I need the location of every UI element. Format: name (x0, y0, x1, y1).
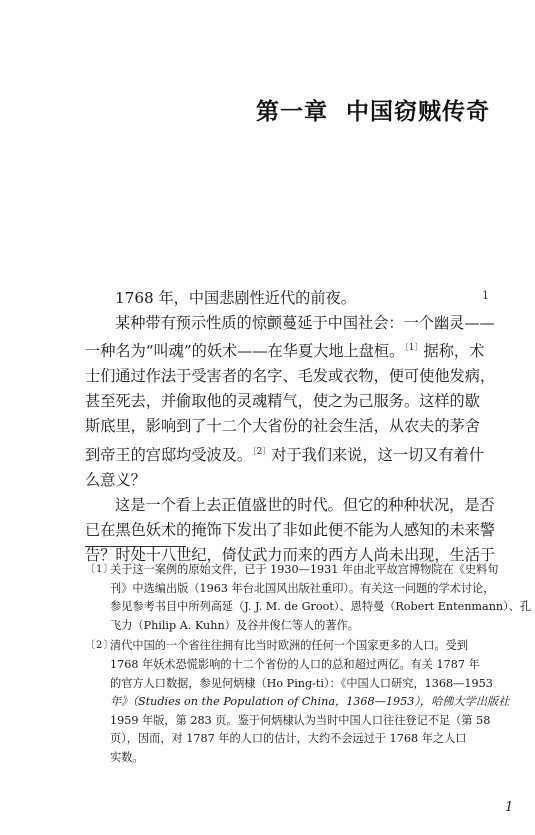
text-line: 到帝王的宫邸均受波及。〔2〕对于我们来说，这一切又有着什 (85, 440, 501, 468)
footnote-line: 清代中国的一个省往往拥有比当时欧洲的任何一个国家更多的人口。受到 (110, 637, 501, 656)
chapter-label: 第一章 (256, 99, 328, 125)
paragraph-1: 1768 年，中国悲剧性近代的前夜。 (85, 286, 501, 311)
paragraph-2: 某种带有预示性质的惊颤蔓延于中国社会：一个幽灵—— 一种名为“叫魂”的妖术——在… (85, 311, 501, 493)
chapter-title: 第一章中国窃贼传奇 (256, 93, 490, 126)
text-line: 这是一个看上去正值盛世的时代。但它的种种状况，是否 (85, 493, 501, 518)
footnote-line: 的官方人口数据，参见何炳棣（Ho Ping-ti）：《中国人口研究，1368—1… (110, 675, 501, 694)
body-text: 1768 年，中国悲剧性近代的前夜。 某种带有预示性质的惊颤蔓延于中国社会：一个… (85, 286, 501, 568)
text-line: 斯底里，影响到了十二个大省份的社会生活，从农夫的茅舍 (85, 414, 501, 439)
footnote-marker: 〔1〕 (85, 561, 114, 580)
text-line: 某种带有预示性质的惊颤蔓延于中国社会：一个幽灵—— (85, 311, 501, 336)
footnote-marker: 〔2〕 (85, 637, 114, 656)
footnote-2: 〔2〕 清代中国的一个省往往拥有比当时欧洲的任何一个国家更多的人口。受到 176… (85, 637, 501, 767)
footnote-line: 1959 年版，第 283 页。鉴于何炳棣认为当时中国人口往往登记不足（第 58 (110, 712, 501, 731)
footnote-line: 参见参考书目中所列高延（J. J. M. de Groot）、恩特曼（Rober… (110, 598, 501, 617)
text-line: 甚至死去，并偷取他的灵魂精气，使之为己服务。这样的歇 (85, 389, 501, 414)
footnote-line: 年》（Studies on the Population of China，13… (110, 693, 501, 712)
footnote-line: 实数。 (110, 749, 501, 768)
footnote-line: 1768 年妖术恐慌影响的十二个省份的人口的总和超过两亿。有关 1787 年 (110, 656, 501, 675)
paragraph-3: 这是一个看上去正值盛世的时代。但它的种种状况，是否 已在黑色妖术的掩饰下发出了非… (85, 493, 501, 568)
text-line: 1768 年，中国悲剧性近代的前夜。 (85, 286, 501, 311)
text-line: 一种名为“叫魂”的妖术——在华夏大地上盘桓。〔1〕据称，术 (85, 336, 501, 364)
footnote-1: 〔1〕 关于这一案例的原始文件，已于 1930—1931 年由北平故宫博物院在《… (85, 561, 501, 635)
text-line: 士们通过作法于受害者的名字、毛发或衣物，便可使他发病， (85, 364, 501, 389)
text-line: 么意义？ (85, 468, 501, 493)
footnote-divider (85, 546, 186, 547)
footnote-line: 飞力（Philip A. Kuhn）及谷井俊仁等人的著作。 (110, 617, 501, 636)
footnote-line: 页），因而，对 1787 年的人口的估计，大约不会远过于 1768 年之人口 (110, 730, 501, 749)
footnote-ref-2[interactable]: 〔2〕 (252, 447, 271, 457)
page-number: 1 (505, 800, 513, 815)
footnote-line: 刊》中选编出版（1963 年台北国风出版社重印）。有关这一问题的学术讨论， (110, 580, 501, 599)
footnote-line: 关于这一案例的原始文件，已于 1930—1931 年由北平故宫博物院在《史料旬 (110, 561, 501, 580)
footnote-ref-1[interactable]: 〔1〕 (404, 343, 423, 353)
footnotes: 〔1〕 关于这一案例的原始文件，已于 1930—1931 年由北平故宫博物院在《… (85, 561, 501, 770)
text-line: 已在黑色妖术的掩饰下发出了非如此便不能为人感知的未来警 (85, 518, 501, 543)
chapter-name: 中国窃贼传奇 (346, 99, 490, 125)
